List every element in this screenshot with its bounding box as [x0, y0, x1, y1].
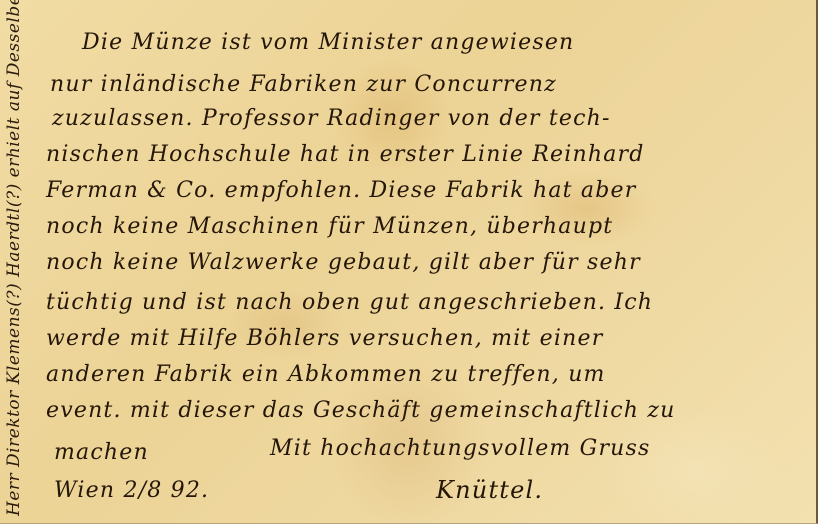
postcard: Herr Direktor Klemens(?) Haerdtl(?) erhi…: [0, 0, 818, 524]
body-line-5: Ferman & Co. empfohlen. Diese Fabrik hat…: [46, 178, 636, 203]
body-line-11: event. mit dieser das Geschäft gemeinsch…: [46, 398, 676, 423]
body-line-12: machen: [54, 440, 149, 465]
body-line-6: noch keine Maschinen für Münzen, überhau…: [46, 214, 613, 239]
body-line-3: zuzulassen. Professor Radinger von der t…: [52, 106, 611, 131]
body-line-4: nischen Hochschule hat in erster Linie R…: [46, 142, 645, 167]
body-line-7: noch keine Walzwerke gebaut, gilt aber f…: [46, 250, 641, 275]
body-line-1: Die Münze ist vom Minister angewiesen: [82, 30, 574, 55]
body-line-10: anderen Fabrik ein Abkommen zu treffen, …: [46, 362, 606, 387]
signature: Knüttel.: [436, 476, 543, 504]
place-date: Wien 2/8 92.: [54, 478, 209, 503]
body-line-9: werde mit Hilfe Böhlers versuchen, mit e…: [46, 326, 603, 351]
body-line-8: tüchtig und ist nach oben gut angeschrie…: [46, 290, 653, 315]
closing-greeting: Mit hochachtungsvollem Gruss: [270, 436, 651, 461]
margin-note: Herr Direktor Klemens(?) Haerdtl(?) erhi…: [4, 6, 24, 516]
body-line-2: nur inländische Fabriken zur Concurrenz: [50, 72, 557, 97]
